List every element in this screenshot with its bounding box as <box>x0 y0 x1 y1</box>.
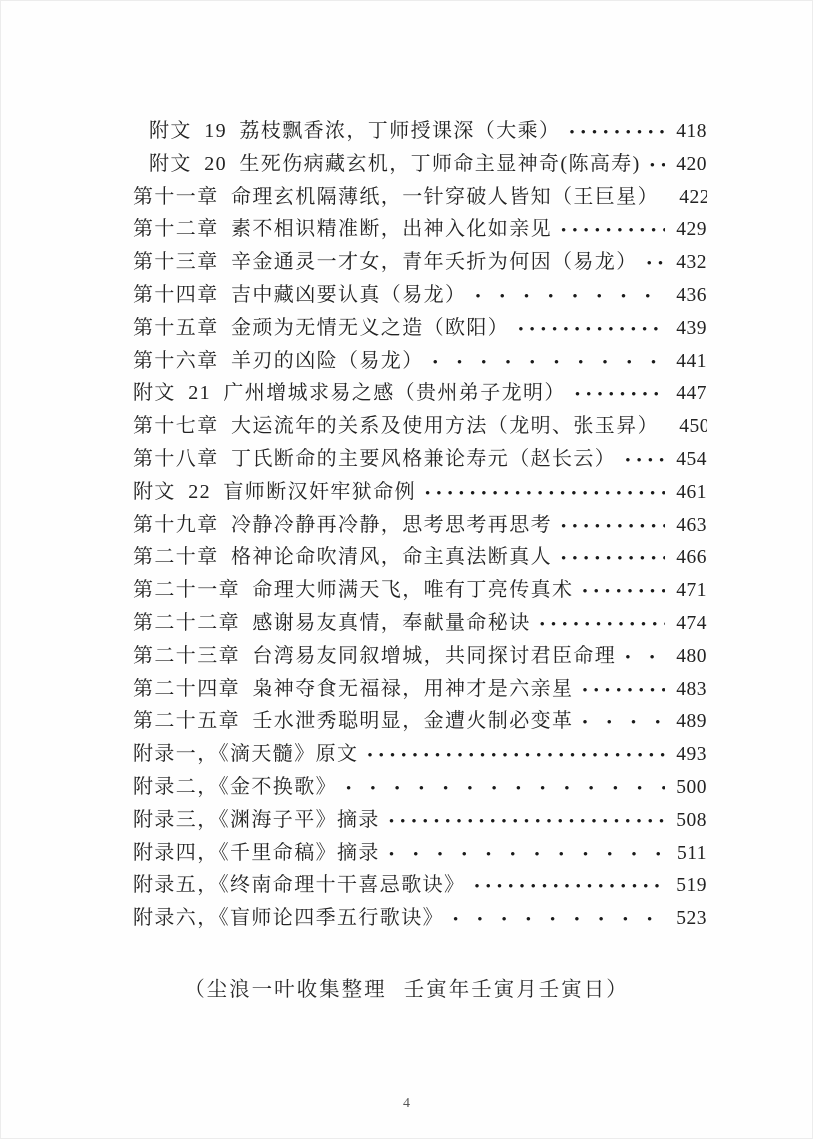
toc-entry: 第二十章 格神论命吹清风，命主真法断真人 •••••••••••••••••••… <box>133 540 707 573</box>
toc-entry: 第十七章 大运流年的关系及使用方法（龙明、张玉昇） ••••••••••••••… <box>133 409 707 442</box>
toc-entry: 第十二章 素不相识精准断，出神入化如亲见 •••••••••••••••••••… <box>133 212 707 245</box>
toc-leader-dots: ••••••••••••••••••••••••••••••••••••••••… <box>433 355 665 372</box>
toc-entry: 第二十二章 感谢易友真情，奉献量命秘诀 ••••••••••••••••••••… <box>133 606 707 639</box>
toc-entry: 第十五章 金顽为无情无义之造（欧阳） •••••••••••••••••••••… <box>133 311 707 344</box>
toc-entry: 附文 22 盲师断汉奸牢狱命例 ••••••••••••••••••••••••… <box>133 475 707 508</box>
toc-entry-title: 附文 21 广州增城求易之感（贵州弟子龙明） <box>133 376 566 405</box>
toc-entry: 附录一，《滴天髓》原文 ••••••••••••••••••••••••••••… <box>133 737 707 770</box>
toc-leader-dots: ••••••••••••••••••••••••••••••••••••••••… <box>650 158 665 175</box>
toc-leader-dots: ••••••••••••••••••••••••••••••••••••••••… <box>561 223 665 240</box>
page-number: 4 <box>0 1096 813 1112</box>
toc-entry-title: 第二十四章 枭神夺食无福禄，用神才是六亲星 <box>133 672 573 701</box>
toc-leader-dots: ••••••••••••••••••••••••••••••••••••••••… <box>425 486 665 503</box>
toc-leader-dots: ••••••••••••••••••••••••••••••••••••••••… <box>475 289 665 306</box>
toc-entry-page-number: 493 <box>673 744 707 766</box>
toc-entry: 第十一章 命理玄机隔薄纸，一针穿破人皆知（王巨星） ••••••••••••••… <box>133 180 707 213</box>
toc-entry-page-number: 511 <box>673 843 707 865</box>
toc-entry: 第十三章 辛金通灵一才女，青年夭折为何因（易龙） •••••••••••••••… <box>133 245 707 278</box>
toc-entry-title: 附文 22 盲师断汉奸牢狱命例 <box>133 475 416 504</box>
toc-entry-page-number: 447 <box>673 383 707 405</box>
toc-entry-title: 附录五，《终南命理十干喜忌歌诀》 <box>133 868 465 897</box>
toc-leader-dots: ••••••••••••••••••••••••••••••••••••••••… <box>625 650 665 667</box>
toc-entry-title: 附文 20 生死伤病藏玄机，丁师命主显神奇(陈高寿) <box>149 147 641 176</box>
toc-entry-title: 第十五章 金顽为无情无义之造（欧阳） <box>133 311 509 340</box>
toc-leader-dots: ••••••••••••••••••••••••••••••••••••••••… <box>561 519 665 536</box>
toc-entry-page-number: 420 <box>673 154 707 176</box>
toc-entry: 附录二，《金不换歌》 •••••••••••••••••••••••••••••… <box>133 770 707 803</box>
toc-entry: 附文 21 广州增城求易之感（贵州弟子龙明） •••••••••••••••••… <box>133 376 707 409</box>
toc-entry: 第二十四章 枭神夺食无福禄，用神才是六亲星 ••••••••••••••••••… <box>133 672 707 705</box>
toc-leader-dots: ••••••••••••••••••••••••••••••••••••••••… <box>569 125 665 142</box>
toc-entry-title: 第十六章 羊刃的凶险（易龙） <box>133 344 424 373</box>
toc-leader-dots: ••••••••••••••••••••••••••••••••••••••••… <box>647 256 665 273</box>
colophon: （尘浪一叶收集整理 壬寅年壬寅月壬寅日） <box>0 972 813 1002</box>
document-page: 附文 19 荔枝飘香浓，丁师授课深（大乘） ••••••••••••••••••… <box>0 0 813 1139</box>
toc-leader-dots: ••••••••••••••••••••••••••••••••••••••••… <box>518 322 665 339</box>
toc-entry-page-number: 454 <box>673 449 707 471</box>
toc-entry: 第二十三章 台湾易友同叙增城，共同探讨君臣命理 ••••••••••••••••… <box>133 639 707 672</box>
toc-entry-title: 附文 19 荔枝飘香浓，丁师授课深（大乘） <box>149 114 560 143</box>
toc-leader-dots: ••••••••••••••••••••••••••••••••••••••••… <box>389 814 665 831</box>
toc-entry: 附录六，《盲师论四季五行歌诀》 ••••••••••••••••••••••••… <box>133 901 707 934</box>
toc-entry: 第二十五章 壬水泄秀聪明显，金遭火制必变革 ••••••••••••••••••… <box>133 704 707 737</box>
toc-entry-title: 第二十二章 感谢易友真情，奉献量命秘诀 <box>133 606 531 635</box>
toc-entry-title: 第二十章 格神论命吹清风，命主真法断真人 <box>133 540 552 569</box>
toc-entry-title: 附录二，《金不换歌》 <box>133 770 337 799</box>
toc-entry: 附录四，《千里命稿》摘录 •••••••••••••••••••••••••••… <box>133 836 707 869</box>
toc-entry-title: 附录三，《渊海子平》摘录 <box>133 803 380 832</box>
toc-entry: 第十八章 丁氏断命的主要风格兼论寿元（赵长云） ••••••••••••••••… <box>133 442 707 475</box>
toc-leader-dots: ••••••••••••••••••••••••••••••••••••••••… <box>582 683 665 700</box>
toc-entry-title: 第二十三章 台湾易友同叙增城，共同探讨君臣命理 <box>133 639 616 668</box>
toc-entry-page-number: 489 <box>673 711 707 733</box>
toc-entry-page-number: 523 <box>673 908 707 930</box>
toc-entry-title: 第十四章 吉中藏凶要认真（易龙） <box>133 278 466 307</box>
toc-entry-page-number: 483 <box>673 679 707 701</box>
toc-entry-page-number: 439 <box>673 318 707 340</box>
toc-leader-dots: ••••••••••••••••••••••••••••••••••••••••… <box>389 847 665 864</box>
toc-entry-page-number: 461 <box>673 482 707 504</box>
toc-entry-title: 第十一章 命理玄机隔薄纸，一针穿破人皆知（王巨星） <box>133 180 659 209</box>
toc-entry-page-number: 474 <box>673 613 707 635</box>
toc-entry: 附文 20 生死伤病藏玄机，丁师命主显神奇(陈高寿) •••••••••••••… <box>133 147 707 180</box>
toc-entry-title: 第十二章 素不相识精准断，出神入化如亲见 <box>133 212 552 241</box>
toc-entry: 第十四章 吉中藏凶要认真（易龙） •••••••••••••••••••••••… <box>133 278 707 311</box>
toc-entry: 附录五，《终南命理十干喜忌歌诀》 •••••••••••••••••••••••… <box>133 868 707 901</box>
toc-leader-dots: ••••••••••••••••••••••••••••••••••••••••… <box>540 617 665 634</box>
toc-entry-page-number: 519 <box>673 875 707 897</box>
toc-entry: 第二十一章 命理大师满天飞，唯有丁亮传真术 ••••••••••••••••••… <box>133 573 707 606</box>
toc-entry-title: 第十七章 大运流年的关系及使用方法（龙明、张玉昇） <box>133 409 659 438</box>
toc-entry-title: 第十三章 辛金通灵一才女，青年夭折为何因（易龙） <box>133 245 638 274</box>
toc-entry-title: 附录一，《滴天髓》原文 <box>133 737 358 766</box>
toc-entry-page-number: 480 <box>673 646 707 668</box>
toc-entry: 第十六章 羊刃的凶险（易龙） •••••••••••••••••••••••••… <box>133 344 707 377</box>
toc-leader-dots: ••••••••••••••••••••••••••••••••••••••••… <box>561 551 665 568</box>
toc-leader-dots: ••••••••••••••••••••••••••••••••••••••••… <box>346 781 665 798</box>
toc-leader-dots: ••••••••••••••••••••••••••••••••••••••••… <box>453 912 665 929</box>
toc-leader-dots: ••••••••••••••••••••••••••••••••••••••••… <box>625 453 665 470</box>
toc-entry-page-number: 436 <box>673 285 707 307</box>
toc-leader-dots: ••••••••••••••••••••••••••••••••••••••••… <box>575 387 665 404</box>
toc-entry: 第十九章 冷静冷静再冷静，思考思考再思考 •••••••••••••••••••… <box>133 508 707 541</box>
toc-entry-page-number: 422 <box>676 187 707 209</box>
toc-entry-page-number: 471 <box>673 580 707 602</box>
toc-entry-page-number: 500 <box>673 777 707 799</box>
toc-entry-title: 附录四，《千里命稿》摘录 <box>133 836 380 865</box>
toc-entry-page-number: 429 <box>673 219 707 241</box>
toc-leader-dots: ••••••••••••••••••••••••••••••••••••••••… <box>582 715 665 732</box>
toc-entry-page-number: 418 <box>673 121 707 143</box>
toc-entry-page-number: 432 <box>673 252 707 274</box>
toc-entry-title: 第十八章 丁氏断命的主要风格兼论寿元（赵长云） <box>133 442 616 471</box>
toc-entry: 附录三，《渊海子平》摘录 •••••••••••••••••••••••••••… <box>133 803 707 836</box>
table-of-contents: 附文 19 荔枝飘香浓，丁师授课深（大乘） ••••••••••••••••••… <box>133 114 707 934</box>
toc-entry-page-number: 466 <box>673 547 707 569</box>
toc-entry-page-number: 450 <box>676 416 707 438</box>
toc-entry-page-number: 463 <box>673 515 707 537</box>
toc-entry-page-number: 441 <box>673 351 707 373</box>
toc-entry-page-number: 508 <box>673 810 707 832</box>
toc-entry-title: 第二十一章 命理大师满天飞，唯有丁亮传真术 <box>133 573 573 602</box>
toc-entry: 附文 19 荔枝飘香浓，丁师授课深（大乘） ••••••••••••••••••… <box>133 114 707 147</box>
toc-entry-title: 附录六，《盲师论四季五行歌诀》 <box>133 901 444 930</box>
toc-entry-title: 第二十五章 壬水泄秀聪明显，金遭火制必变革 <box>133 704 573 733</box>
toc-leader-dots: ••••••••••••••••••••••••••••••••••••••••… <box>582 584 665 601</box>
toc-leader-dots: ••••••••••••••••••••••••••••••••••••••••… <box>474 879 665 896</box>
toc-entry-title: 第十九章 冷静冷静再冷静，思考思考再思考 <box>133 508 552 537</box>
toc-leader-dots: ••••••••••••••••••••••••••••••••••••••••… <box>367 748 665 765</box>
